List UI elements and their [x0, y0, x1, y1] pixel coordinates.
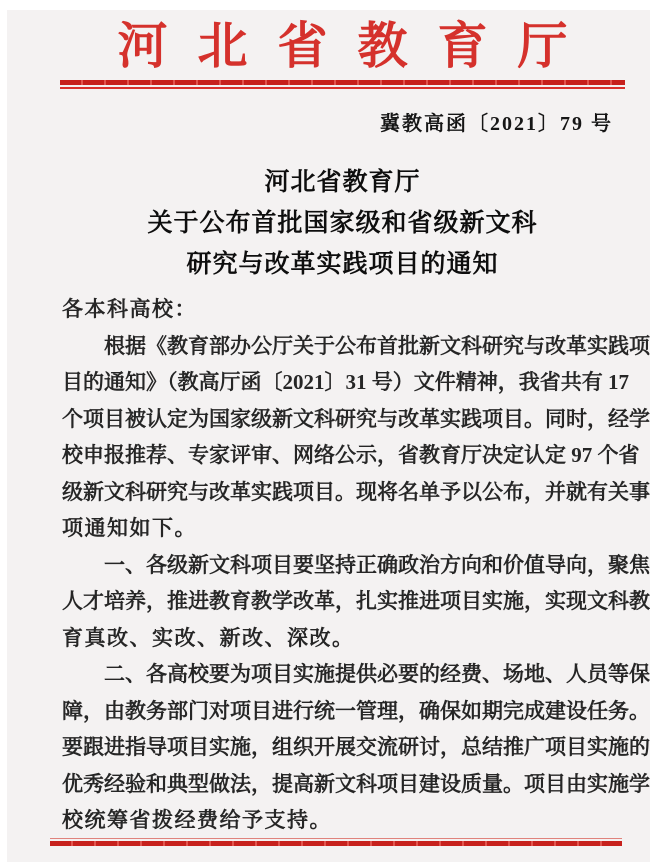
red-rule-thin-line — [50, 838, 622, 839]
document-title-line-1: 河北省教育厅 — [60, 162, 625, 203]
document-line: 级新文科研究与改革实践项目。现将名单予以公布，并就有关事 — [62, 474, 625, 511]
document-line: 根据《教育部办公厅关于公布首批新文科研究与改革实践项 — [62, 328, 625, 365]
red-rule-dashed-bar — [60, 80, 625, 85]
document-line: 校申报推荐、专家评审、网络公示，省教育厅决定认定 97 个省 — [62, 437, 625, 474]
page-bottom-red-rule — [50, 838, 622, 846]
document-line: 目的通知》（教高厅函〔2021〕31 号）文件精神，我省共有 17 — [62, 364, 625, 401]
document-line: 一、各级新文科项目要坚持正确政治方向和价值导向，聚焦 — [62, 547, 625, 584]
document-line: 育真改、实改、新改、深改。 — [62, 620, 625, 657]
document-line: 人才培养，推进教育教学改革，扎实推进项目实施，实现文科教 — [62, 583, 625, 620]
document-line: 要跟进指导项目实施，组织开展交流研讨，总结推广项目实施的 — [62, 729, 625, 766]
document-line: 项通知如下。 — [62, 510, 625, 547]
document-line: 二、各高校要为项目实施提供必要的经费、场地、人员等保 — [62, 656, 625, 693]
document-body: 各本科高校：根据《教育部办公厅关于公布首批新文科研究与改革实践项目的通知》（教高… — [62, 291, 625, 839]
red-rule-dashed-bar — [50, 841, 622, 846]
document-line: 优秀经验和典型做法，提高新文科项目建设质量。项目由实施学 — [62, 766, 625, 803]
document-line: 个项目被认定为国家级新文科研究与改革实践项目。同时，经学 — [62, 401, 625, 438]
letterhead-agency-name: 河北省教育厅 — [60, 16, 625, 76]
document-line: 障，由教务部门对项目进行统一管理，确保如期完成建设任务。 — [62, 693, 625, 730]
document-reference-number: 冀教高函〔2021〕79 号 — [60, 110, 613, 138]
document-line: 校统筹省拨经费给予支持。 — [62, 802, 625, 839]
document-title-line-2: 关于公布首批国家级和省级新文科 — [60, 203, 625, 244]
letterhead-red-rule — [60, 80, 625, 89]
document-title-line-3: 研究与改革实践项目的通知 — [60, 244, 625, 285]
document-title: 河北省教育厅 关于公布首批国家级和省级新文科 研究与改革实践项目的通知 — [60, 162, 625, 285]
document-line: 各本科高校： — [62, 291, 625, 328]
red-rule-thin-line — [60, 87, 625, 89]
